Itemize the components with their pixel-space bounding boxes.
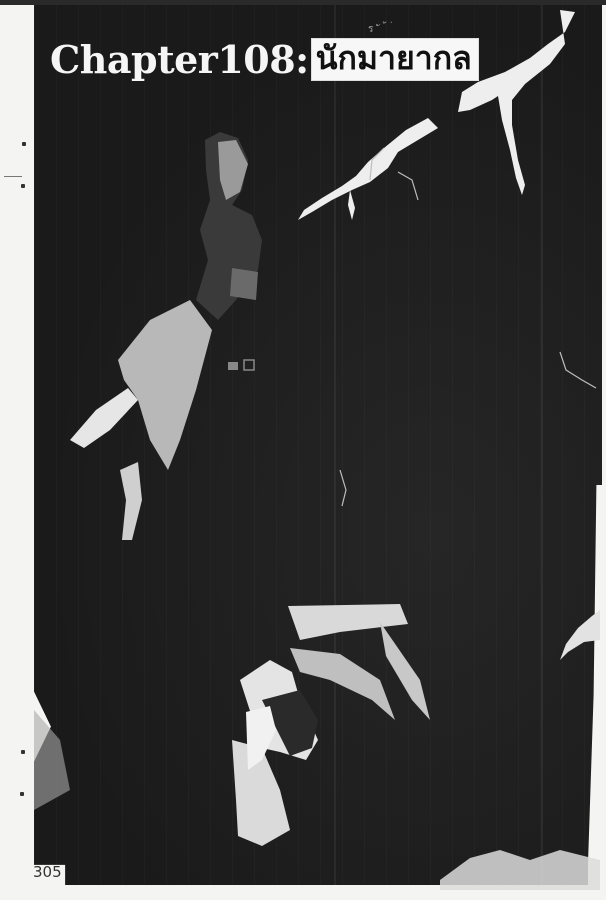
pointing-hand-icon [560, 610, 600, 660]
page-number: 305 [33, 863, 62, 881]
manga-page: ร ั ้ ่ Chapter108: นักมายากล 305 [0, 0, 606, 900]
chapter-title: Chapter108: [50, 41, 309, 79]
crouching-figure-icon [232, 604, 430, 846]
left-haze [34, 710, 70, 810]
bottom-haze [440, 850, 600, 890]
chapter-subtitle-box: นักมายากล [311, 38, 479, 81]
illustration-art [0, 0, 606, 900]
faint-header-text: ร ั ้ ่ [368, 22, 395, 37]
standing-figure-icon [70, 132, 262, 540]
chapter-heading: Chapter108: นักมายากล [50, 38, 479, 81]
lightning-branches-icon [340, 148, 596, 506]
